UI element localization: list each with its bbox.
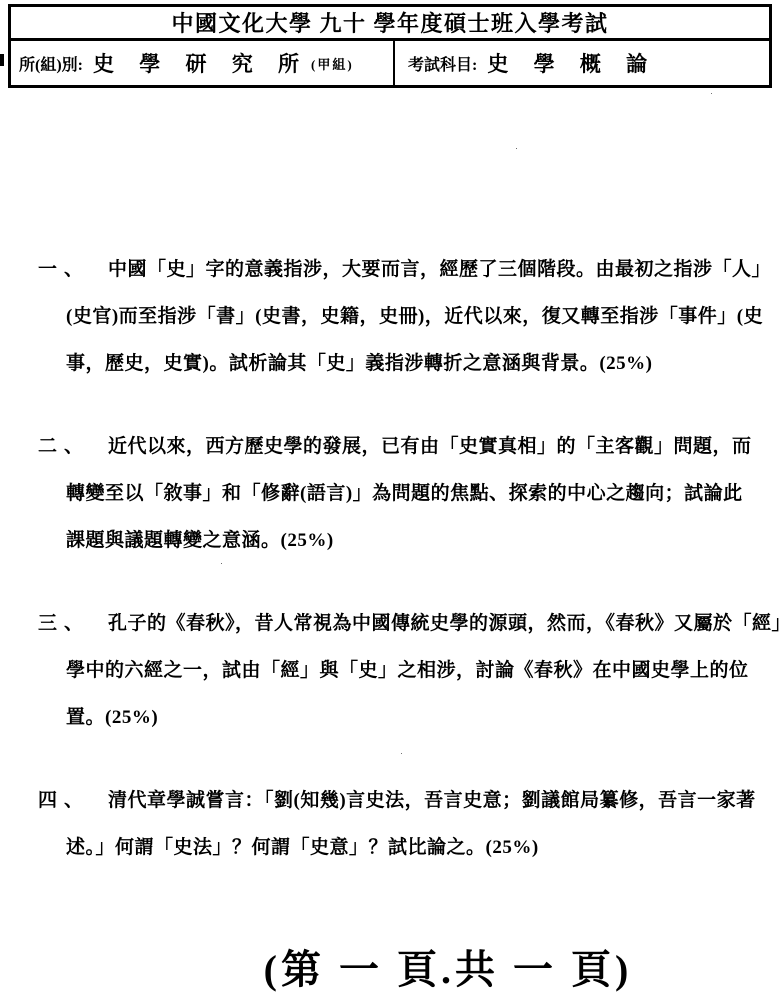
question-4-line-1: 清代章學誠嘗言：「劉(知幾)言史法，吾言史意；劉議館局纂修，吾言一家著: [66, 777, 756, 824]
question-3-number: 三、: [38, 600, 90, 647]
exam-header-table: 中國文化大學 九十 學年度碩士班入學考試 所(組)別: 史 學 研 究 所 (甲…: [8, 4, 772, 88]
department-value: 史 學 研 究 所: [93, 48, 309, 78]
subject-cell: 考試科目: 史 學 概 論: [395, 41, 769, 85]
question-1-line-3: 事，歷史，史實)。試析論其「史」義指涉轉折之意涵與背景。(25%): [66, 340, 756, 387]
question-3: 三、 孔子的《春秋》，昔人常視為中國傳統史學的源頭，然而，《春秋》又屬於「經」 …: [66, 600, 756, 741]
exam-info-row: 所(組)別: 史 學 研 究 所 (甲組) 考試科目: 史 學 概 論: [11, 41, 769, 85]
question-4-number: 四、: [38, 777, 90, 824]
question-2-line-2: 轉變至以「敘事」和「修辭(語言)」為問題的焦點、探索的中心之趨向；試論此: [66, 470, 756, 517]
question-list: 一、 中國「史」字的意義指涉，大要而言，經歷了三個階段。由最初之指涉「人」 (史…: [66, 246, 756, 907]
scan-speck: [280, 62, 283, 65]
question-3-line-2: 學中的六經之一，試由「經」與「史」之相涉，討論《春秋》在中國史學上的位: [66, 647, 756, 694]
question-2-line-1: 近代以來，西方歷史學的發展，已有由「史實真相」的「主客觀」問題，而: [66, 423, 756, 470]
question-2: 二、 近代以來，西方歷史學的發展，已有由「史實真相」的「主客觀」問題，而 轉變至…: [66, 423, 756, 564]
department-group-note: (甲組): [311, 54, 354, 73]
question-2-line-3: 課題與議題轉變之意涵。(25%): [66, 517, 756, 564]
department-label: 所(組)別:: [19, 52, 83, 75]
page-footer: (第 一 頁.共 一 頁): [0, 938, 781, 995]
question-3-line-1: 孔子的《春秋》，昔人常視為中國傳統史學的源頭，然而，《春秋》又屬於「經」: [66, 600, 756, 647]
question-1-line-1: 中國「史」字的意義指涉，大要而言，經歷了三個階段。由最初之指涉「人」: [66, 246, 756, 293]
department-cell: 所(組)別: 史 學 研 究 所 (甲組): [11, 41, 395, 85]
question-4: 四、 清代章學誠嘗言：「劉(知幾)言史法，吾言史意；劉議館局纂修，吾言一家著 述…: [66, 777, 756, 871]
question-1-line-2: (史官)而至指涉「書」(史書，史籍，史冊)，近代以來，復又轉至指涉「事件」(史: [66, 293, 756, 340]
question-1-number: 一、: [38, 246, 90, 293]
exam-title: 中國文化大學 九十 學年度碩士班入學考試: [11, 7, 769, 41]
question-2-number: 二、: [38, 423, 90, 470]
question-3-line-3: 置。(25%): [66, 694, 756, 741]
subject-value: 史 學 概 論: [487, 48, 657, 78]
exam-paper: 中國文化大學 九十 學年度碩士班入學考試 所(組)別: 史 學 研 究 所 (甲…: [0, 0, 781, 1008]
scan-edge-mark: [0, 54, 4, 66]
question-4-line-2: 述。」何謂「史法」？何謂「史意」？試比論之。(25%): [66, 824, 756, 871]
question-1: 一、 中國「史」字的意義指涉，大要而言，經歷了三個階段。由最初之指涉「人」 (史…: [66, 246, 756, 387]
subject-label: 考試科目:: [408, 52, 477, 75]
